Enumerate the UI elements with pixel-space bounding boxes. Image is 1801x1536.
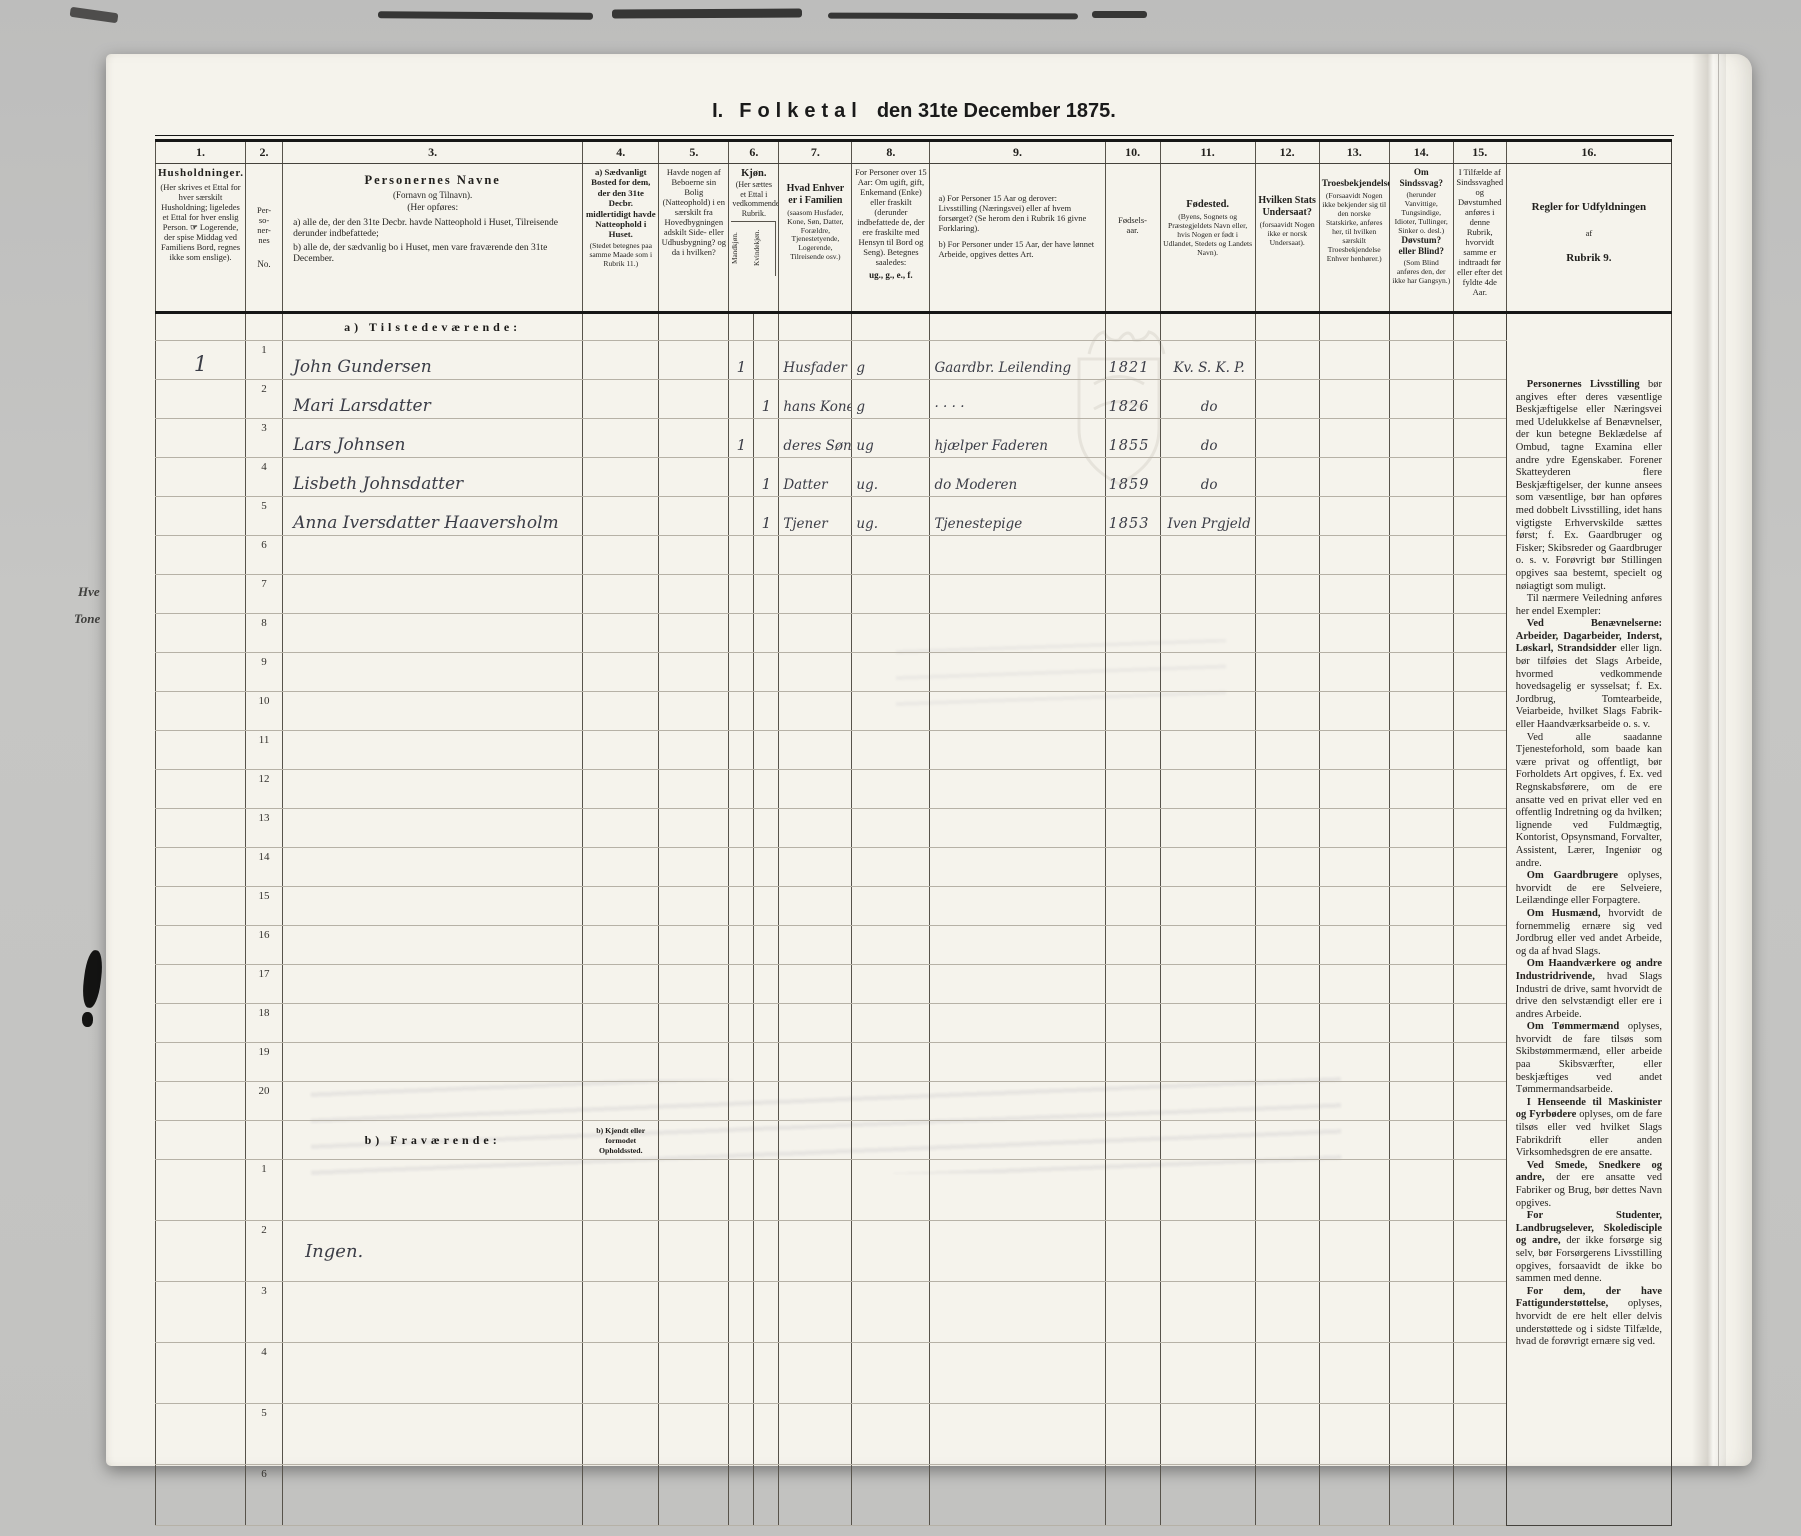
col5-number: 5. bbox=[659, 141, 729, 164]
creed-cell bbox=[1319, 614, 1389, 653]
household-number-cell bbox=[156, 1082, 246, 1121]
usual-residence-cell bbox=[583, 965, 659, 1004]
family-position-cell bbox=[779, 1465, 852, 1526]
residence-cell bbox=[583, 1465, 659, 1526]
census-row-present: 2 Mari Larsdatter 1 hans Kone g · · · · … bbox=[156, 380, 1672, 419]
citizenship-cell bbox=[1255, 1221, 1319, 1282]
family-position-cell bbox=[779, 536, 852, 575]
male-mark-cell bbox=[729, 1404, 754, 1465]
marital-status-cell bbox=[852, 1343, 930, 1404]
census-row-present: 5 Anna Iversdatter Haaversholm 1 Tjener … bbox=[156, 497, 1672, 536]
row-number-cell: 17 bbox=[246, 965, 283, 1004]
outbuilding-cell bbox=[659, 1004, 729, 1043]
male-mark-cell bbox=[729, 614, 754, 653]
disability-age-cell bbox=[1453, 380, 1506, 419]
row-number-cell: 18 bbox=[246, 1004, 283, 1043]
occupation-cell bbox=[930, 809, 1105, 848]
census-row-absent: 3 bbox=[156, 1282, 1672, 1343]
outbuilding-cell bbox=[659, 1343, 729, 1404]
birthplace-cell bbox=[1160, 1082, 1255, 1121]
occupation-cell: Gaardbr. Leilending bbox=[930, 341, 1105, 380]
row-number-cell: 5 bbox=[246, 497, 283, 536]
outbuilding-cell bbox=[659, 731, 729, 770]
citizenship-cell bbox=[1255, 1160, 1319, 1221]
occupation-cell bbox=[930, 653, 1105, 692]
page-title: I.Folketalden 31te December 1875. bbox=[156, 100, 1672, 123]
birth-year-cell bbox=[1105, 1160, 1160, 1221]
disability-cell bbox=[1389, 1221, 1453, 1282]
outbuilding-cell bbox=[659, 1221, 729, 1282]
occupation-cell: do Moderen bbox=[930, 458, 1105, 497]
outbuilding-cell bbox=[659, 380, 729, 419]
birthplace-cell bbox=[1160, 1160, 1255, 1221]
outbuilding-cell bbox=[659, 887, 729, 926]
creed-cell bbox=[1319, 1343, 1389, 1404]
male-mark-cell bbox=[729, 1282, 754, 1343]
creed-cell bbox=[1319, 1465, 1389, 1526]
citizenship-cell bbox=[1255, 1043, 1319, 1082]
birthplace-cell bbox=[1160, 1343, 1255, 1404]
male-mark-cell bbox=[729, 575, 754, 614]
outbuilding-cell bbox=[659, 770, 729, 809]
table-body: a) Tilstedeværende: Personernes Livsstil… bbox=[156, 313, 1672, 1526]
usual-residence-cell bbox=[583, 614, 659, 653]
male-mark-cell bbox=[729, 1043, 754, 1082]
household-number-cell bbox=[156, 770, 246, 809]
birthplace-cell: Iven Prgjeld bbox=[1160, 497, 1255, 536]
outbuilding-cell bbox=[659, 575, 729, 614]
disability-age-cell bbox=[1453, 1221, 1506, 1282]
col6-number: 6. bbox=[729, 141, 779, 164]
family-position-cell: Tjener bbox=[779, 497, 852, 536]
page-fold-line bbox=[1718, 54, 1719, 1466]
header-sex: Kjøn. (Her sættes et Ettal i vedkommende… bbox=[729, 164, 779, 313]
family-position-cell bbox=[779, 887, 852, 926]
header-creed: Troesbekjendelse. (Forsaavidt Nogen ikke… bbox=[1319, 164, 1389, 313]
disability-age-cell bbox=[1453, 1082, 1506, 1121]
title-date: den 31te December 1875. bbox=[877, 100, 1116, 122]
residence-cell bbox=[583, 1282, 659, 1343]
family-position-cell bbox=[779, 731, 852, 770]
household-number-cell bbox=[156, 1043, 246, 1082]
name-cell bbox=[283, 926, 583, 965]
male-mark-cell bbox=[729, 809, 754, 848]
usual-residence-cell bbox=[583, 770, 659, 809]
birthplace-cell bbox=[1160, 770, 1255, 809]
marital-status-cell: ug. bbox=[852, 458, 930, 497]
usual-residence-cell bbox=[583, 1004, 659, 1043]
census-row-present: 20 bbox=[156, 1082, 1672, 1121]
residence-cell bbox=[583, 1404, 659, 1465]
occupation-cell bbox=[930, 887, 1105, 926]
col10-number: 10. bbox=[1105, 141, 1160, 164]
census-row-present: 7 bbox=[156, 575, 1672, 614]
outbuilding-cell bbox=[659, 653, 729, 692]
census-row-present: 8 bbox=[156, 614, 1672, 653]
disability-cell bbox=[1389, 1082, 1453, 1121]
occupation-cell bbox=[930, 1082, 1105, 1121]
citizenship-cell bbox=[1255, 1004, 1319, 1043]
marital-status-cell bbox=[852, 1282, 930, 1343]
creed-cell bbox=[1319, 497, 1389, 536]
residence-cell bbox=[583, 1221, 659, 1282]
creed-cell bbox=[1319, 692, 1389, 731]
disability-age-cell bbox=[1453, 965, 1506, 1004]
usual-residence-cell bbox=[583, 848, 659, 887]
disability-age-cell bbox=[1453, 653, 1506, 692]
usual-residence-cell bbox=[583, 458, 659, 497]
header-citizenship: Hvilken Stats Undersaat? (forsaavidt Nog… bbox=[1255, 164, 1319, 313]
family-position-cell bbox=[779, 1004, 852, 1043]
creed-cell bbox=[1319, 887, 1389, 926]
ink-blot bbox=[82, 1012, 93, 1027]
male-mark-cell bbox=[729, 887, 754, 926]
pointing-hand-icon: ☞ bbox=[190, 222, 198, 232]
scan-edge-streak bbox=[70, 7, 119, 24]
rules-text: Personernes Livsstilling bør angives eft… bbox=[1516, 379, 1662, 1467]
outbuilding-cell bbox=[659, 614, 729, 653]
citizenship-cell bbox=[1255, 809, 1319, 848]
census-row-present: 1 1 John Gundersen 1 Husfader g Gaardbr.… bbox=[156, 341, 1672, 380]
creed-cell bbox=[1319, 341, 1389, 380]
household-number-cell: 1 bbox=[156, 341, 246, 380]
row-number-cell: 2 bbox=[246, 380, 283, 419]
disability-cell bbox=[1389, 341, 1453, 380]
disability-age-cell bbox=[1453, 419, 1506, 458]
name-cell bbox=[283, 770, 583, 809]
female-mark-cell bbox=[754, 809, 779, 848]
name-cell bbox=[283, 1082, 583, 1121]
col7-number: 7. bbox=[779, 141, 852, 164]
female-mark-cell bbox=[754, 926, 779, 965]
col3-number: 3. bbox=[283, 141, 583, 164]
birth-year-cell bbox=[1105, 926, 1160, 965]
female-mark-cell bbox=[754, 1343, 779, 1404]
male-mark-cell bbox=[729, 848, 754, 887]
citizenship-cell bbox=[1255, 770, 1319, 809]
scanned-census-page: Hve Tone I.Folketalden 31te December 187… bbox=[0, 0, 1801, 1536]
scan-edge-streak bbox=[828, 13, 1078, 20]
birthplace-cell bbox=[1160, 1004, 1255, 1043]
name-cell: Lisbeth Johnsdatter bbox=[283, 458, 583, 497]
scan-edge-streak bbox=[378, 11, 593, 20]
birthplace-cell bbox=[1160, 692, 1255, 731]
census-row-present: 15 bbox=[156, 887, 1672, 926]
female-mark-cell bbox=[754, 731, 779, 770]
occupation-cell bbox=[930, 1343, 1105, 1404]
marital-status-cell bbox=[852, 575, 930, 614]
usual-residence-cell bbox=[583, 497, 659, 536]
creed-cell bbox=[1319, 1043, 1389, 1082]
row-number-cell: 7 bbox=[246, 575, 283, 614]
birth-year-cell: 1821 bbox=[1105, 341, 1160, 380]
household-number-cell bbox=[156, 497, 246, 536]
name-cell bbox=[283, 575, 583, 614]
family-position-cell bbox=[779, 614, 852, 653]
citizenship-cell bbox=[1255, 887, 1319, 926]
row-number-cell: 1 bbox=[246, 341, 283, 380]
citizenship-cell bbox=[1255, 692, 1319, 731]
marital-status-cell bbox=[852, 1221, 930, 1282]
name-cell bbox=[283, 848, 583, 887]
birth-year-cell bbox=[1105, 536, 1160, 575]
household-number-cell bbox=[156, 1221, 246, 1282]
household-number-cell bbox=[156, 1465, 246, 1526]
disability-cell bbox=[1389, 848, 1453, 887]
residence-cell bbox=[583, 1160, 659, 1221]
birth-year-cell bbox=[1105, 887, 1160, 926]
header-person-number: Per- so- ner- nes No. bbox=[246, 164, 283, 313]
col16-number: 16. bbox=[1506, 141, 1671, 164]
household-number-cell bbox=[156, 1343, 246, 1404]
disability-cell bbox=[1389, 1343, 1453, 1404]
section-b-label: b) Fraværende: bbox=[283, 1121, 583, 1160]
outbuilding-cell bbox=[659, 458, 729, 497]
title-word: Folketal bbox=[739, 100, 863, 122]
male-mark-cell: 1 bbox=[729, 419, 754, 458]
citizenship-cell bbox=[1255, 965, 1319, 1004]
citizenship-cell bbox=[1255, 1082, 1319, 1121]
household-number-cell bbox=[156, 965, 246, 1004]
header-disability: Om Sindssvag? (herunder Vanvittige, Tung… bbox=[1389, 164, 1453, 313]
birth-year-cell bbox=[1105, 770, 1160, 809]
disability-cell bbox=[1389, 809, 1453, 848]
census-row-present: 13 bbox=[156, 809, 1672, 848]
disability-cell bbox=[1389, 926, 1453, 965]
citizenship-cell bbox=[1255, 419, 1319, 458]
occupation-cell: Tjenestepige bbox=[930, 497, 1105, 536]
page-fold-crease bbox=[1692, 54, 1726, 1466]
citizenship-cell bbox=[1255, 1282, 1319, 1343]
household-number-cell bbox=[156, 848, 246, 887]
disability-age-cell bbox=[1453, 887, 1506, 926]
female-mark-cell bbox=[754, 419, 779, 458]
household-number-cell bbox=[156, 1404, 246, 1465]
title-numeral: I. bbox=[712, 100, 723, 122]
header-family-position: Hvad Enhver er i Familien (saasom Husfad… bbox=[779, 164, 852, 313]
household-number-cell bbox=[156, 731, 246, 770]
female-mark-cell bbox=[754, 653, 779, 692]
marital-status-cell bbox=[852, 653, 930, 692]
name-cell bbox=[283, 1160, 583, 1221]
household-number-cell bbox=[156, 653, 246, 692]
occupation-cell bbox=[930, 848, 1105, 887]
census-table: 1. 2. 3. 4. 5. 6. 7. 8. 9. 10. 11. 12. 1… bbox=[155, 139, 1672, 1526]
usual-residence-cell bbox=[583, 1043, 659, 1082]
creed-cell bbox=[1319, 575, 1389, 614]
male-mark-cell bbox=[729, 692, 754, 731]
birthplace-cell bbox=[1160, 1043, 1255, 1082]
census-row-present: 3 Lars Johnsen 1 deres Søn ug hjælper Fa… bbox=[156, 419, 1672, 458]
birth-year-cell bbox=[1105, 1004, 1160, 1043]
section-b-residence-note: b) Kjendt eller formodet Opholdssted. bbox=[583, 1121, 659, 1160]
name-cell bbox=[283, 1043, 583, 1082]
household-number-cell bbox=[156, 536, 246, 575]
marital-status-cell bbox=[852, 731, 930, 770]
disability-age-cell bbox=[1453, 1404, 1506, 1465]
birth-year-cell: 1853 bbox=[1105, 497, 1160, 536]
outbuilding-cell bbox=[659, 1082, 729, 1121]
creed-cell bbox=[1319, 1282, 1389, 1343]
marital-status-cell bbox=[852, 692, 930, 731]
male-mark-cell bbox=[729, 1465, 754, 1526]
male-mark-cell: 1 bbox=[729, 341, 754, 380]
household-number-cell bbox=[156, 380, 246, 419]
citizenship-cell bbox=[1255, 458, 1319, 497]
household-number-cell bbox=[156, 1282, 246, 1343]
usual-residence-cell bbox=[583, 926, 659, 965]
disability-age-cell bbox=[1453, 614, 1506, 653]
name-cell bbox=[283, 965, 583, 1004]
occupation-cell bbox=[930, 536, 1105, 575]
disability-age-cell bbox=[1453, 1343, 1506, 1404]
birth-year-cell bbox=[1105, 1282, 1160, 1343]
family-position-cell bbox=[779, 965, 852, 1004]
family-position-cell bbox=[779, 1082, 852, 1121]
female-column-label: Kvindekjøn. bbox=[753, 222, 776, 276]
col8-number: 8. bbox=[852, 141, 930, 164]
outbuilding-cell bbox=[659, 341, 729, 380]
disability-age-cell bbox=[1453, 1043, 1506, 1082]
row-number-cell: 6 bbox=[246, 1465, 283, 1526]
name-cell: John Gundersen bbox=[283, 341, 583, 380]
outbuilding-cell bbox=[659, 692, 729, 731]
occupation-cell bbox=[930, 1221, 1105, 1282]
citizenship-cell bbox=[1255, 1465, 1319, 1526]
disability-age-cell bbox=[1453, 536, 1506, 575]
name-cell: Anna Iversdatter Haaversholm bbox=[283, 497, 583, 536]
family-position-cell bbox=[779, 1404, 852, 1465]
citizenship-cell bbox=[1255, 497, 1319, 536]
male-mark-cell bbox=[729, 1082, 754, 1121]
table-top-rule bbox=[155, 135, 1674, 136]
disability-cell bbox=[1389, 575, 1453, 614]
family-position-cell bbox=[779, 926, 852, 965]
male-column-label: Mandkjøn. bbox=[731, 222, 753, 276]
outbuilding-cell bbox=[659, 926, 729, 965]
female-mark-cell bbox=[754, 692, 779, 731]
birthplace-cell bbox=[1160, 653, 1255, 692]
row-number-cell: 19 bbox=[246, 1043, 283, 1082]
creed-cell bbox=[1319, 1221, 1389, 1282]
occupation-cell bbox=[930, 1004, 1105, 1043]
disability-cell bbox=[1389, 536, 1453, 575]
col15-number: 15. bbox=[1453, 141, 1506, 164]
header-disability-age: I Tilfælde af Sindssvaghed og Døvstumhed… bbox=[1453, 164, 1506, 313]
male-mark-cell bbox=[729, 536, 754, 575]
household-number-cell bbox=[156, 692, 246, 731]
female-mark-cell bbox=[754, 1160, 779, 1221]
row-number-cell: 3 bbox=[246, 1282, 283, 1343]
birthplace-cell: do bbox=[1160, 458, 1255, 497]
creed-cell bbox=[1319, 380, 1389, 419]
header-names: Personernes Navne (Fornavn og Tilnavn). … bbox=[283, 164, 583, 313]
name-cell bbox=[283, 536, 583, 575]
col4-number: 4. bbox=[583, 141, 659, 164]
outbuilding-cell bbox=[659, 1404, 729, 1465]
creed-cell bbox=[1319, 419, 1389, 458]
col14-number: 14. bbox=[1389, 141, 1453, 164]
birthplace-cell bbox=[1160, 965, 1255, 1004]
birthplace-cell bbox=[1160, 1221, 1255, 1282]
census-row-present: 4 Lisbeth Johnsdatter 1 Datter ug. do Mo… bbox=[156, 458, 1672, 497]
occupation-cell bbox=[930, 1465, 1105, 1526]
disability-cell bbox=[1389, 458, 1453, 497]
disability-cell bbox=[1389, 1043, 1453, 1082]
name-cell bbox=[283, 614, 583, 653]
marital-status-cell bbox=[852, 1004, 930, 1043]
citizenship-cell bbox=[1255, 614, 1319, 653]
usual-residence-cell bbox=[583, 653, 659, 692]
header-birth-year: Fødsels- aar. bbox=[1105, 164, 1160, 313]
male-mark-cell bbox=[729, 497, 754, 536]
disability-age-cell bbox=[1453, 809, 1506, 848]
family-position-cell bbox=[779, 575, 852, 614]
male-mark-cell bbox=[729, 770, 754, 809]
usual-residence-cell bbox=[583, 575, 659, 614]
male-mark-cell bbox=[729, 653, 754, 692]
disability-age-cell bbox=[1453, 848, 1506, 887]
citizenship-cell bbox=[1255, 341, 1319, 380]
disability-age-cell bbox=[1453, 692, 1506, 731]
marital-status-cell: ug bbox=[852, 419, 930, 458]
family-position-cell: deres Søn bbox=[779, 419, 852, 458]
citizenship-cell bbox=[1255, 575, 1319, 614]
male-mark-cell bbox=[729, 1160, 754, 1221]
male-mark-cell bbox=[729, 1221, 754, 1282]
birthplace-cell bbox=[1160, 848, 1255, 887]
female-mark-cell bbox=[754, 536, 779, 575]
occupation-cell bbox=[930, 965, 1105, 1004]
household-number-cell bbox=[156, 809, 246, 848]
female-mark-cell bbox=[754, 965, 779, 1004]
disability-cell bbox=[1389, 380, 1453, 419]
header-usual-residence: a) Sædvanligt Bosted for dem, der den 31… bbox=[583, 164, 659, 313]
citizenship-cell bbox=[1255, 653, 1319, 692]
disability-age-cell bbox=[1453, 497, 1506, 536]
male-mark-cell bbox=[729, 380, 754, 419]
disability-age-cell bbox=[1453, 731, 1506, 770]
creed-cell bbox=[1319, 458, 1389, 497]
row-number-cell: 9 bbox=[246, 653, 283, 692]
header-households: Husholdninger. (Her skrives et Ettal for… bbox=[156, 164, 246, 313]
section-a-header-row: a) Tilstedeværende: Personernes Livsstil… bbox=[156, 313, 1672, 341]
census-row-present: 14 bbox=[156, 848, 1672, 887]
column-header-row: Husholdninger. (Her skrives et Ettal for… bbox=[156, 164, 1672, 313]
household-number-cell bbox=[156, 458, 246, 497]
outbuilding-cell bbox=[659, 1043, 729, 1082]
creed-cell bbox=[1319, 731, 1389, 770]
usual-residence-cell bbox=[583, 692, 659, 731]
col12-number: 12. bbox=[1255, 141, 1319, 164]
family-position-cell bbox=[779, 692, 852, 731]
occupation-cell bbox=[930, 770, 1105, 809]
citizenship-cell bbox=[1255, 1343, 1319, 1404]
family-position-cell bbox=[779, 1043, 852, 1082]
margin-text-fragment: Hve bbox=[78, 584, 100, 600]
census-row-present: 18 bbox=[156, 1004, 1672, 1043]
outbuilding-cell bbox=[659, 809, 729, 848]
usual-residence-cell bbox=[583, 536, 659, 575]
birthplace-cell bbox=[1160, 575, 1255, 614]
row-number-cell: 12 bbox=[246, 770, 283, 809]
citizenship-cell bbox=[1255, 848, 1319, 887]
disability-age-cell bbox=[1453, 926, 1506, 965]
row-number-cell: 1 bbox=[246, 1160, 283, 1221]
birthplace-cell bbox=[1160, 536, 1255, 575]
household-number-cell bbox=[156, 1004, 246, 1043]
household-number-cell bbox=[156, 419, 246, 458]
